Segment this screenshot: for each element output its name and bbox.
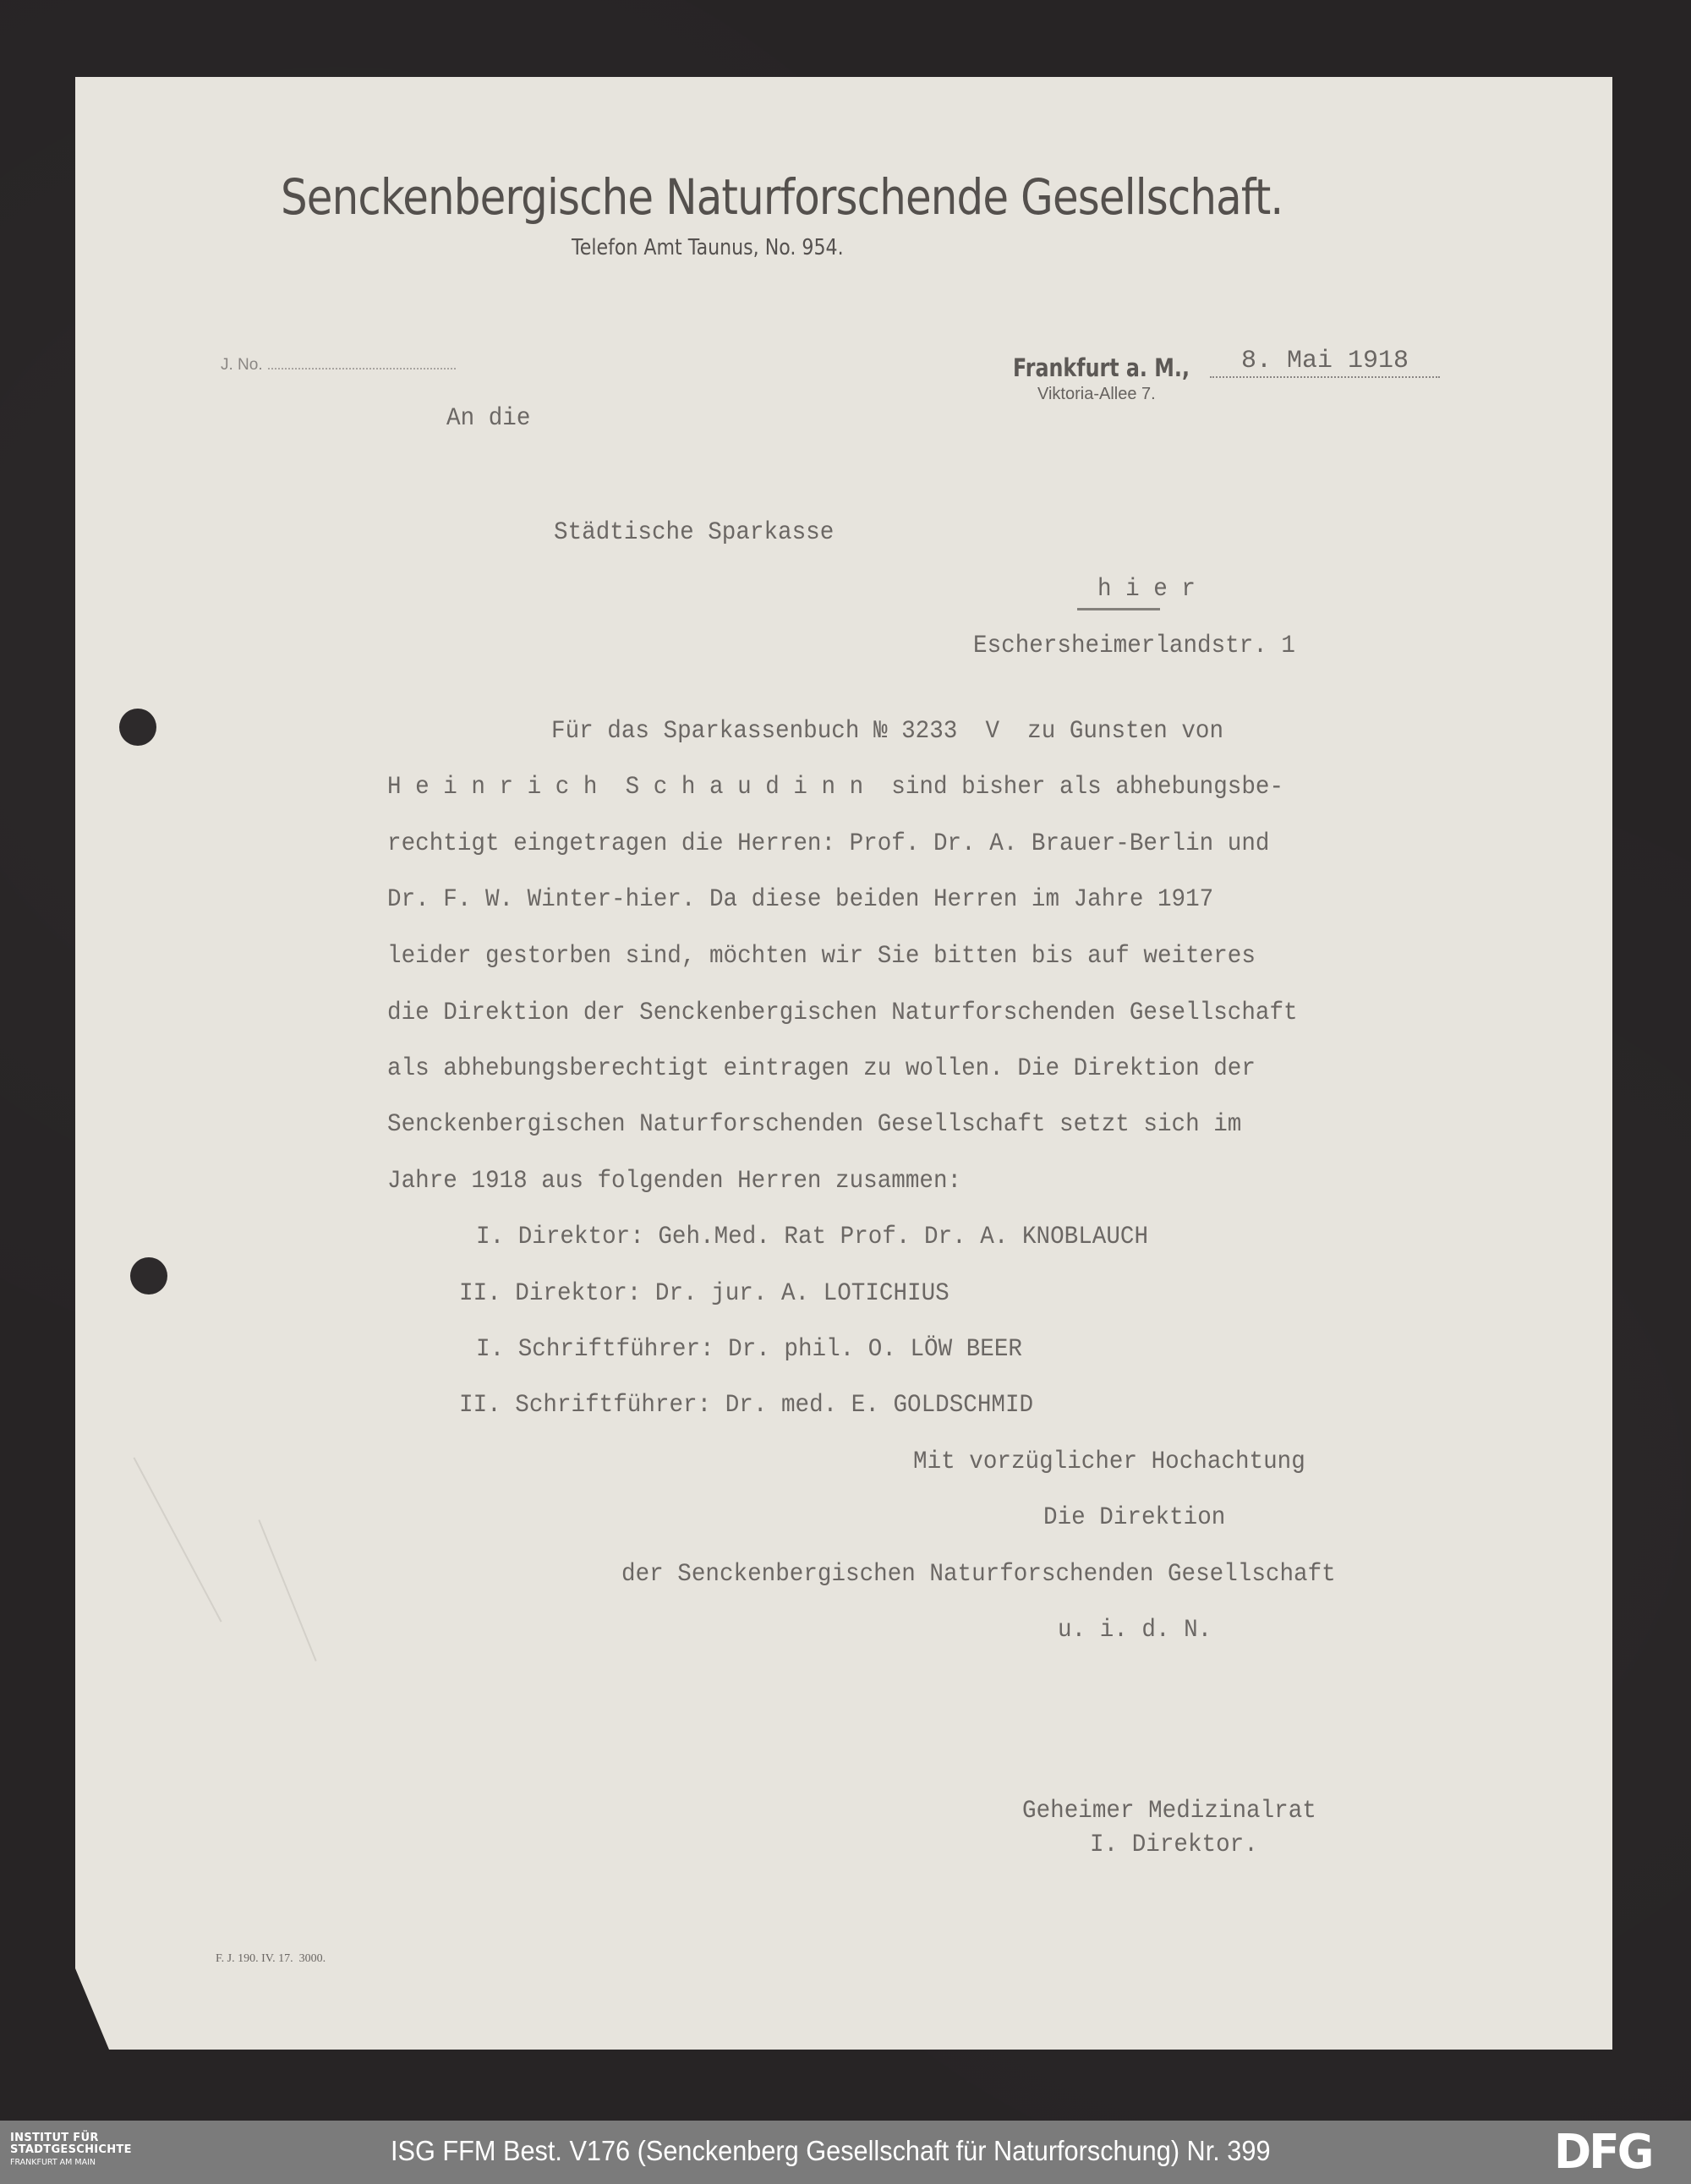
body-line: Senckenbergischen Naturforschenden Gesel… — [387, 1110, 1241, 1139]
body-line: Für das Sparkassenbuch № 3233 V zu Gunst… — [551, 717, 1223, 746]
institute-name-line2: STADTGESCHICHTE — [10, 2144, 132, 2156]
letter-page: Senckenbergische Naturforschende Gesells… — [75, 77, 1612, 2050]
paper-crease — [133, 1457, 222, 1622]
closing-greeting: Mit vorzüglicher Hochachtung — [913, 1448, 1305, 1476]
member-entry: II. Schriftführer: Dr. med. E. GOLDSCHMI… — [459, 1391, 1033, 1420]
place-of-writing: Frankfurt a. M., — [1013, 353, 1190, 382]
body-line: H e i n r i c h S c h a u d i n n sind b… — [387, 773, 1283, 802]
institute-logo: INSTITUT FÜR STADTGESCHICHTE FRANKFURT A… — [10, 2132, 132, 2169]
body-line: leider gestorben sind, möchten wir Sie b… — [387, 942, 1256, 971]
punch-hole-icon — [130, 1257, 167, 1295]
closing-line: der Senckenbergischen Naturforschenden G… — [621, 1560, 1336, 1589]
sender-street: Viktoria-Allee 7. — [1037, 385, 1156, 404]
journal-number: J. No. — [221, 356, 456, 375]
dfg-logo-icon: DFG — [1554, 2127, 1652, 2178]
recipient-name: Städtische Sparkasse — [554, 518, 834, 547]
recipient-locality: h i e r — [1097, 575, 1196, 604]
body-line: Jahre 1918 aus folgenden Herren zusammen… — [387, 1167, 961, 1196]
body-line: Dr. F. W. Winter-hier. Da diese beiden H… — [387, 885, 1213, 914]
letterhead-organization: Senckenbergische Naturforschende Gesells… — [281, 168, 1226, 226]
letter-date: 8. Mai 1918 — [1210, 346, 1440, 378]
locality-underline — [1077, 608, 1160, 610]
journal-number-blank — [268, 368, 456, 369]
institute-name-line3: FRANKFURT AM MAIN — [10, 2157, 132, 2169]
member-entry: I. Schriftführer: Dr. phil. O. LÖW BEER — [476, 1335, 1022, 1364]
institute-name-line1: INSTITUT FÜR — [10, 2132, 132, 2144]
punch-hole-icon — [119, 709, 156, 746]
letterhead-telephone: Telefon Amt Taunus, No. 954. — [572, 235, 844, 260]
recipient-street: Eschersheimerlandstr. 1 — [973, 632, 1295, 660]
body-line: rechtigt eingetragen die Herren: Prof. D… — [387, 829, 1269, 858]
closing-line: Die Direktion — [1043, 1503, 1225, 1532]
body-line: als abhebungsberechtigt eintragen zu wol… — [387, 1054, 1256, 1083]
signature-title: Geheimer Medizinalrat — [1022, 1797, 1316, 1825]
closing-line: u. i. d. N. — [1058, 1616, 1212, 1645]
body-line: die Direktion der Senckenbergischen Natu… — [387, 999, 1298, 1027]
member-entry: I. Direktor: Geh.Med. Rat Prof. Dr. A. K… — [476, 1223, 1148, 1251]
paper-crease — [258, 1519, 316, 1661]
signature-role: I. Direktor. — [1090, 1831, 1258, 1859]
member-entry: II. Direktor: Dr. jur. A. LOTICHIUS — [459, 1279, 949, 1308]
archive-footer: INSTITUT FÜR STADTGESCHICHTE FRANKFURT A… — [0, 2121, 1691, 2184]
archive-caption: ISG FFM Best. V176 (Senckenberg Gesellsc… — [391, 2135, 1271, 2167]
form-code: F. J. 190. IV. 17. 3000. — [216, 1952, 326, 1966]
recipient-salutation: An die — [446, 404, 530, 433]
journal-number-label: J. No. — [221, 356, 263, 374]
